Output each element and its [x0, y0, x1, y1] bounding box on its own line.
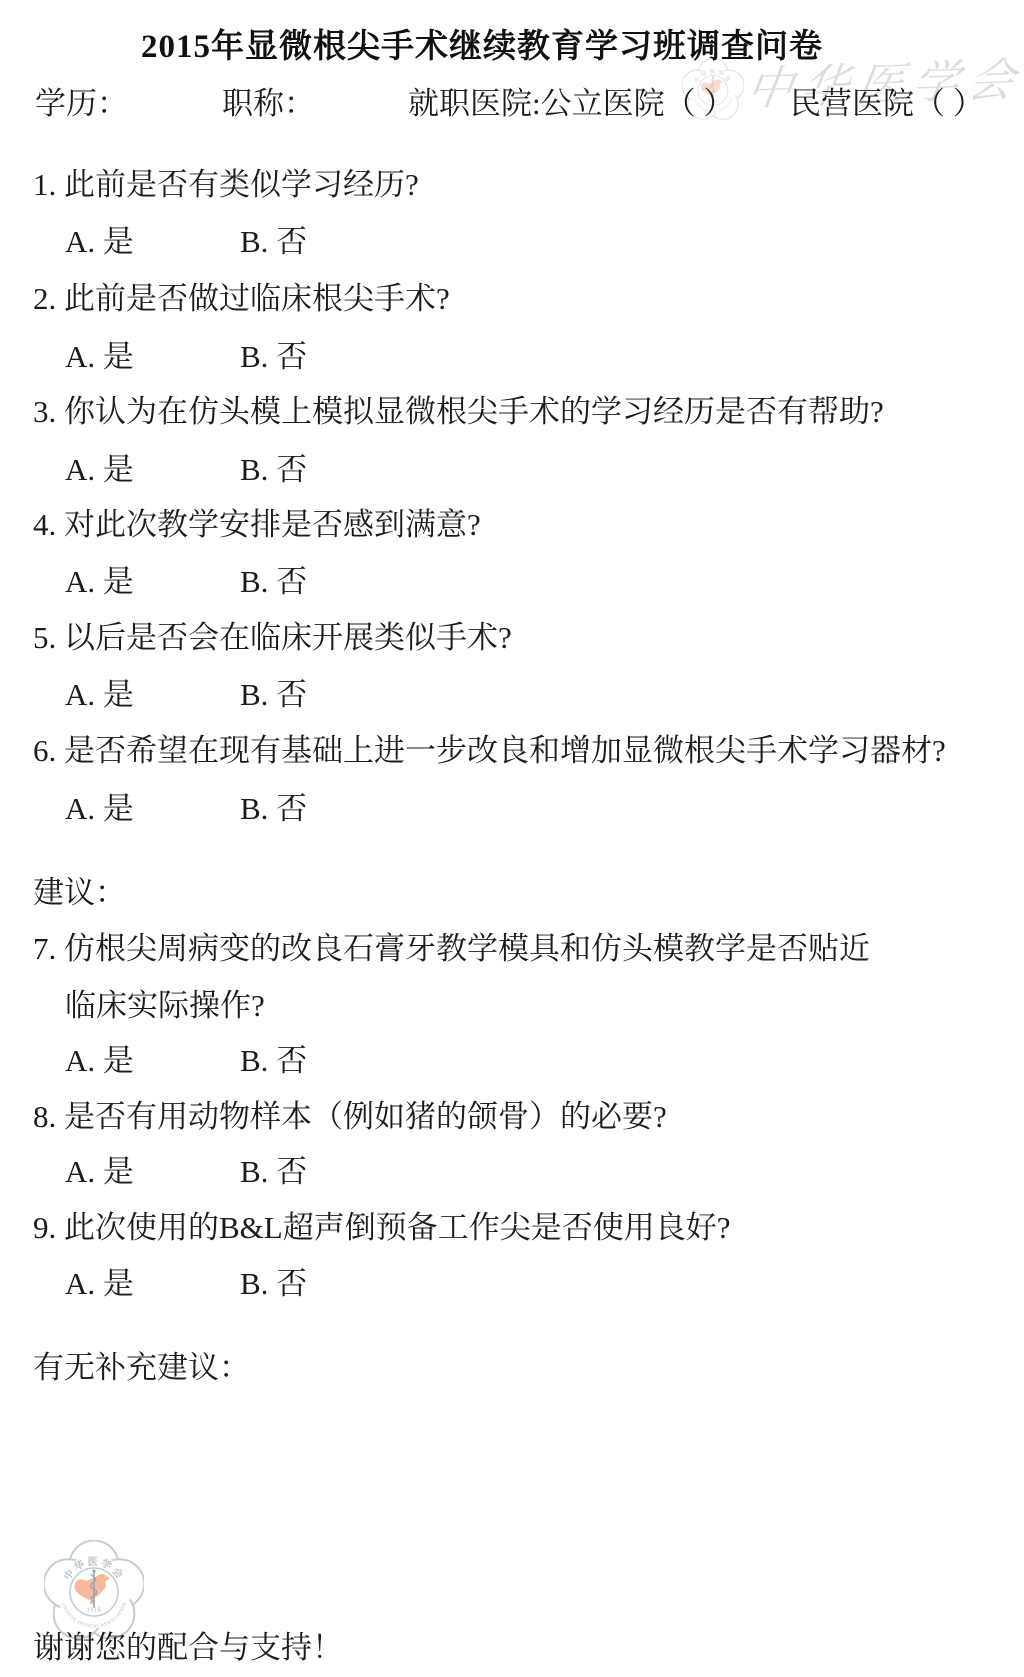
additional-suggestion-label: 有无补充建议： — [33, 1348, 250, 1388]
question-9-text: 9. 此次使用的B&L超声倒预备工作尖是否使用良好? — [33, 1208, 730, 1248]
question-4-text: 4. 对此次教学安排是否感到满意? — [33, 505, 481, 545]
question-3-option-a: A. 是 — [65, 452, 134, 487]
question-7-text: 7. 仿根尖周病变的改良石膏牙教学模具和仿头模教学是否贴近 — [33, 929, 870, 969]
question-1-option-a: A. 是 — [65, 224, 134, 259]
question-4-option-a: A. 是 — [65, 564, 134, 599]
question-9-option-b: B. 否 — [240, 1264, 307, 1304]
question-7-options: A. 是 B. 否 — [65, 1041, 685, 1081]
question-6-text: 6. 是否希望在现有基础上进一步改良和增加显微根尖手术学习器材? — [33, 731, 946, 771]
closing-thanks-text: 谢谢您的配合与支持！ — [33, 1628, 343, 1668]
question-9-option-a: A. 是 — [65, 1266, 134, 1301]
public-hospital-field-label: 就职医院:公立医院（ ） — [408, 78, 734, 123]
question-6-options: A. 是 B. 否 — [65, 789, 685, 829]
question-8-text: 8. 是否有用动物样本（例如猪的颌骨）的必要? — [33, 1097, 667, 1137]
questionnaire-page: 中华医学会 CHINESE MEDICAL ASSOCIATION 1915 中… — [0, 0, 1024, 1677]
question-5-text: 5. 以后是否会在临床开展类似手术? — [33, 618, 512, 658]
question-8-option-a: A. 是 — [65, 1154, 134, 1189]
question-8-option-b: B. 否 — [240, 1152, 307, 1192]
question-1-option-b: B. 否 — [240, 222, 307, 262]
question-4-option-b: B. 否 — [240, 562, 307, 602]
question-1-options: A. 是 B. 否 — [65, 222, 685, 262]
question-6-option-b: B. 否 — [240, 789, 307, 829]
logo-year: 1915 — [87, 1608, 101, 1614]
question-5-option-a: A. 是 — [65, 677, 134, 712]
question-8-options: A. 是 B. 否 — [65, 1152, 685, 1192]
page-title: 2015年显微根尖手术继续教育学习班调查问卷 — [0, 20, 964, 67]
question-5-option-b: B. 否 — [240, 675, 307, 715]
question-7-option-b: B. 否 — [240, 1041, 307, 1081]
question-4-options: A. 是 B. 否 — [65, 562, 685, 602]
education-field-label: 学历： — [35, 78, 128, 123]
question-3-options: A. 是 B. 否 — [65, 450, 685, 490]
question-2-option-b: B. 否 — [240, 337, 307, 377]
question-1-text: 1. 此前是否有类似学习经历? — [33, 165, 419, 205]
suggestion-label: 建议： — [33, 873, 126, 913]
question-7-text-line2: 临床实际操作? — [65, 986, 265, 1026]
job-title-field-label: 职称： — [222, 78, 315, 123]
question-2-option-a: A. 是 — [65, 339, 134, 374]
question-3-text: 3. 你认为在仿头模上模拟显微根尖手术的学习经历是否有帮助? — [33, 392, 884, 432]
question-9-options: A. 是 B. 否 — [65, 1264, 685, 1304]
question-5-options: A. 是 B. 否 — [65, 675, 685, 715]
question-6-option-a: A. 是 — [65, 791, 134, 826]
private-hospital-field-label: 民营医院（ ） — [790, 78, 984, 123]
question-2-options: A. 是 B. 否 — [65, 337, 685, 377]
respondent-info-row: 学历： 职称： 就职医院:公立医院（ ） 民营医院（ ） — [0, 78, 1024, 120]
question-3-option-b: B. 否 — [240, 450, 307, 490]
question-7-option-a: A. 是 — [65, 1043, 134, 1078]
question-2-text: 2. 此前是否做过临床根尖手术? — [33, 279, 450, 319]
